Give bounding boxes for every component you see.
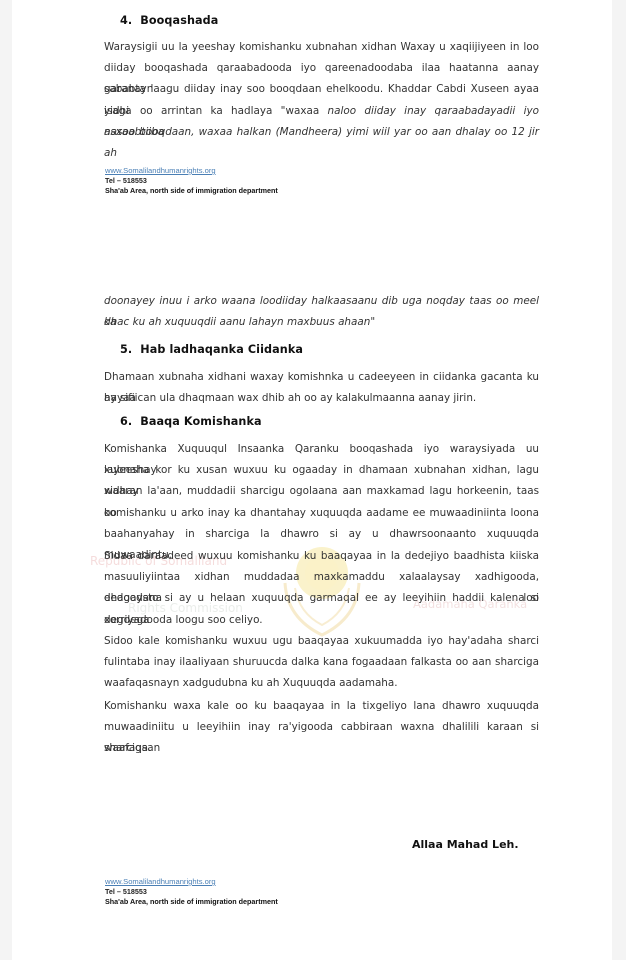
text-line: Dhamaan xubnaha xidhani waxay komishnka …: [104, 367, 539, 388]
page-footer: www.Somalilandhumanrights.org Tel – 5185…: [105, 165, 278, 196]
paragraph-hab-ladhaqanka: Dhamaan xubnaha xidhani waxay komishnka …: [104, 367, 539, 409]
text-line: baahanyahay in sharciga la dhawro si ay …: [104, 524, 539, 545]
section-number: 4.: [120, 14, 132, 27]
document-page: Republic of Somaliland Rights Commission…: [12, 0, 612, 960]
website-link[interactable]: www.Somalilandhumanrights.org: [105, 165, 278, 176]
text-line: Sidaa daraadeed wuxuu komishanku ku baaq…: [104, 546, 539, 567]
text-line: Waraysigii uu la yeeshay komishanku xubn…: [104, 37, 539, 58]
text-line: Komishanku waxa kale oo ku baaqayaa in l…: [104, 696, 539, 717]
section-title: Baaqa Komishanka: [140, 415, 261, 428]
text-line: dhac ku ah xuquuqdii aanu lahayn maxbuus…: [104, 312, 539, 333]
address-text: Sha'ab Area, north side of immigration d…: [105, 897, 278, 907]
text-line: waaran la'aan, muddadii sharcigu ogolaan…: [104, 481, 539, 502]
text-line: xorriyadooda loogu soo celiyo.: [104, 610, 539, 631]
paragraph-baaqa-3: Sidoo kale komishanku wuxuu ugu baaqayaa…: [104, 631, 539, 695]
quote-run: dhac ku ah xuquuqdii aanu lahayn maxbuus…: [104, 316, 375, 328]
text-line: waafaqasnayn xadgudubna ku ah Xuquuqda a…: [104, 673, 539, 694]
text-run: ay sifiican ula dhaqmaan wax dhib ah oo …: [104, 392, 476, 404]
quote-run: nasoo booqdaan, waxaa halkan (Mandheera)…: [104, 126, 539, 159]
text-run: xorriyadooda loogu soo celiyo.: [104, 614, 263, 626]
text-line: xubnaha kor ku xusan wuxuu ku ogaaday in…: [104, 460, 539, 481]
section-heading-booqashada: 4.Booqashada: [120, 14, 218, 27]
page-footer: www.Somalilandhumanrights.org Tel – 5185…: [105, 876, 278, 907]
text-line: ay sifiican ula dhaqmaan wax dhib ah oo …: [104, 388, 539, 409]
text-line: sharciga.: [104, 738, 539, 759]
text-run: isaga oo arrintan ka hadlaya "waxaa: [104, 105, 328, 117]
section-title: Hab ladhaqanka Ciidanka: [140, 343, 303, 356]
section-number: 6.: [120, 415, 132, 428]
text-line: fulintaba inay ilaaliyaan shuruucda dalk…: [104, 652, 539, 673]
text-run: Sidoo kale komishanku wuxuu ugu baaqayaa…: [104, 635, 539, 647]
section-title: Booqashada: [140, 14, 218, 27]
telephone-text: Tel – 518553: [105, 887, 278, 897]
text-run: Waraysigii uu la yeeshay komishanku xubn…: [104, 41, 539, 53]
paragraph-baaqa-2: Sidaa daraadeed wuxuu komishanku ku baaq…: [104, 546, 539, 631]
paragraph-quote-continuation: doonayey inuu i arko waana loodiiday hal…: [104, 291, 539, 333]
paragraph-booqashada: Waraysigii uu la yeeshay komishanku xubn…: [104, 37, 539, 143]
section-number: 5.: [120, 343, 132, 356]
text-line: Komishanka Xuquuqul Insaanka Qaranku boo…: [104, 439, 539, 460]
text-run: sharciga.: [104, 742, 151, 754]
text-run: waafaqasnayn xadgudubna ku ah Xuquuqda a…: [104, 677, 398, 689]
text-run: komishanku u arko inay ka dhantahay xuqu…: [104, 507, 539, 519]
text-line: diiday booqashada qaraabadooda iyo qaree…: [104, 58, 539, 79]
address-text: Sha'ab Area, north side of immigration d…: [105, 186, 278, 196]
website-link[interactable]: www.Somalilandhumanrights.org: [105, 876, 278, 887]
text-line: Sidoo kale komishanku wuxuu ugu baaqayaa…: [104, 631, 539, 652]
text-run: fulintaba inay ilaaliyaan shuruucda dalk…: [104, 656, 539, 668]
text-line: sababta laagu diiday inay soo booqdaan e…: [104, 79, 539, 100]
paragraph-baaqa-1: Komishanka Xuquuqul Insaanka Qaranku boo…: [104, 439, 539, 545]
section-heading-hab-ladhaqanka: 5.Hab ladhaqanka Ciidanka: [120, 343, 303, 356]
text-line: dhagaysto si ay u helaan xuquuqda garmaq…: [104, 588, 539, 609]
section-heading-baaqa-komishanka: 6.Baaqa Komishanka: [120, 415, 262, 428]
text-line: nasoo booqdaan, waxaa halkan (Mandheera)…: [104, 122, 539, 143]
text-line: masuuliyiintaa xidhan muddadaa maxkamadd…: [104, 567, 539, 588]
text-line: muwaadiniitu u leeyihiin inay ra'yigooda…: [104, 717, 539, 738]
text-line: isaga oo arrintan ka hadlaya "waxaa nalo…: [104, 101, 539, 122]
text-run: Sidaa daraadeed wuxuu komishanku ku baaq…: [104, 550, 539, 562]
telephone-text: Tel – 518553: [105, 176, 278, 186]
text-line: komishanku u arko inay ka dhantahay xuqu…: [104, 503, 539, 524]
signoff-text: Allaa Mahad Leh.: [412, 838, 519, 851]
paragraph-baaqa-4: Komishanku waxa kale oo ku baaqayaa in l…: [104, 696, 539, 760]
text-line: doonayey inuu i arko waana loodiiday hal…: [104, 291, 539, 312]
text-run: Komishanku waxa kale oo ku baaqayaa in l…: [104, 700, 539, 712]
